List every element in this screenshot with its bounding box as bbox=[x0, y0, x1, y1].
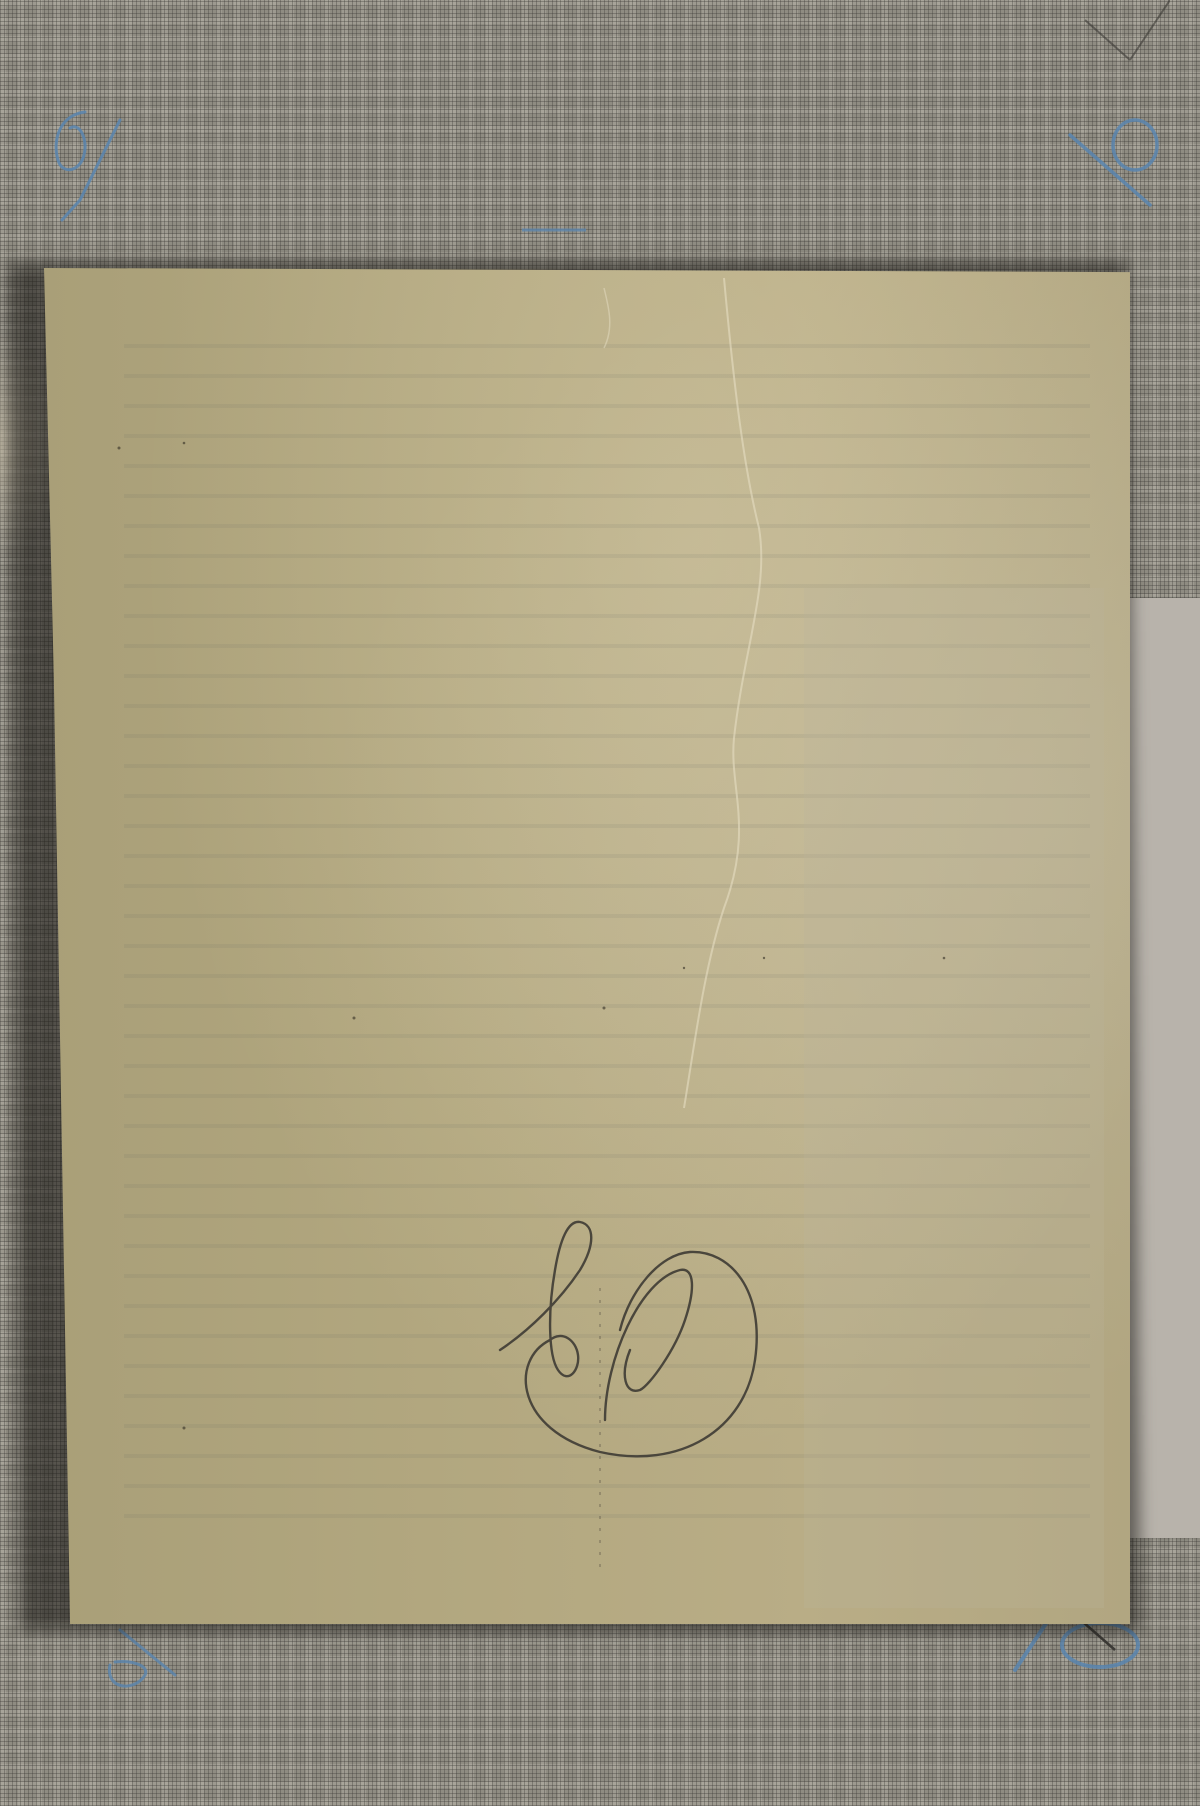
corner-mark-top-right-icon bbox=[1010, 0, 1170, 220]
corner-mark-top-center-icon bbox=[520, 224, 590, 236]
folio-number: 60 bbox=[490, 1190, 770, 1460]
corner-mark-bottom-left-icon bbox=[90, 1620, 190, 1700]
circled-sixty-icon bbox=[490, 1190, 770, 1460]
corner-mark-top-left-icon bbox=[40, 100, 130, 230]
